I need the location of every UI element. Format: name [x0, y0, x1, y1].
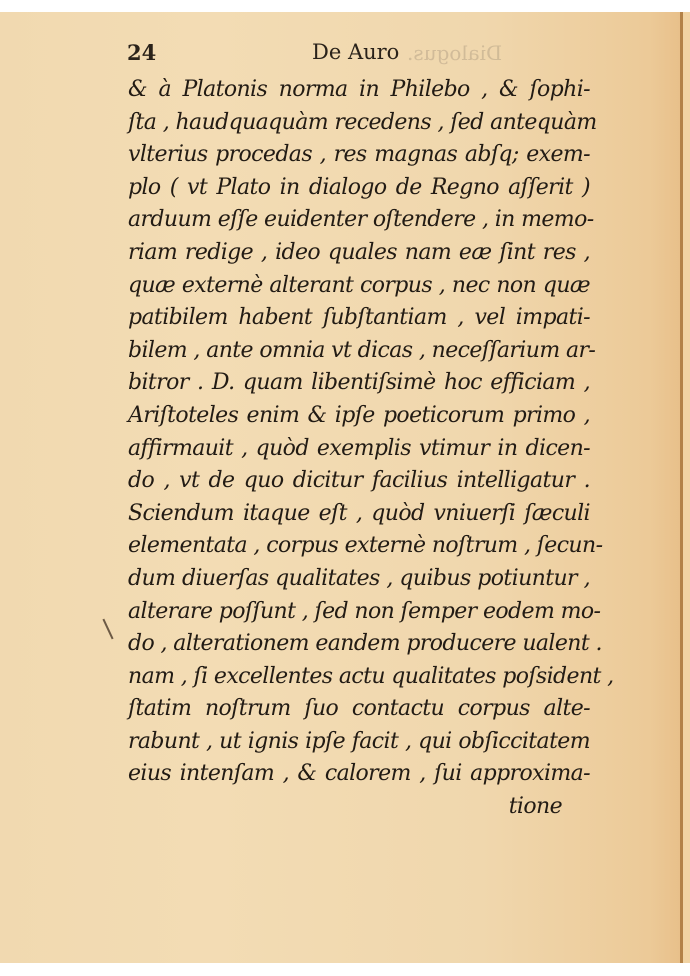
text-line: patibilem habent ſubſtantiam , vel impat… — [128, 302, 590, 335]
text-line: eius intenſam , & calorem , ſui approxim… — [128, 758, 590, 791]
text-line: dum diuerſas qualitates , quibus potiunt… — [128, 563, 590, 596]
text-line: bitror . D. quam libentiſsimè hoc effici… — [128, 367, 590, 400]
running-head-title: De Auro — [312, 40, 399, 64]
page-number: 24 — [127, 40, 156, 65]
text-line: arduum eſſe euidenter oſtendere , in mem… — [128, 204, 590, 237]
text-line: bilem , ante omnia vt dicas , neceſſariu… — [128, 335, 590, 368]
text-line: ſta , haudquaquàm recedens , ſed antequà… — [128, 107, 590, 140]
text-line: nam , ſi excellentes actu qualitates poſ… — [128, 661, 590, 694]
text-line: Sciendum itaque eſt , quòd vniuerſi ſæcu… — [128, 498, 590, 531]
text-line: & à Platonis norma in Philebo , & ſophi- — [128, 74, 590, 107]
text-line: do , vt de quo dicitur facilius intellig… — [128, 465, 590, 498]
text-line: riam redige , ideo quales nam eæ ſint re… — [128, 237, 590, 270]
text-line: Ariſtoteles enim & ipſe poeticorum primo… — [128, 400, 590, 433]
page-edge-next — [683, 12, 690, 963]
text-line: rabunt , ut ignis ipſe facit , qui obſic… — [128, 726, 590, 759]
show-through-text: Dialogus. — [407, 41, 502, 65]
catchword: tione — [128, 791, 590, 824]
text-line: alterare poſſunt , ſed non ſemper eodem … — [128, 596, 590, 629]
text-line: plo ( vt Plato in dialogo de Regno aſſer… — [128, 172, 590, 205]
text-line: do , alterationem eandem producere ualen… — [128, 628, 590, 661]
text-line: ſtatim noſtrum ſuo contactu corpus alte- — [128, 693, 590, 726]
text-line: vlterius procedas , res magnas abſq; exe… — [128, 139, 590, 172]
text-line: elementata , corpus externè noſtrum , ſe… — [128, 530, 590, 563]
text-line: affirmauit , quòd exemplis vtimur in dic… — [128, 433, 590, 466]
running-head: 24 De Auro Dialogus. — [127, 40, 587, 70]
text-line: quæ externè alterant corpus , nec non qu… — [128, 270, 590, 303]
body-text: & à Platonis norma in Philebo , & ſophi-… — [128, 74, 590, 824]
